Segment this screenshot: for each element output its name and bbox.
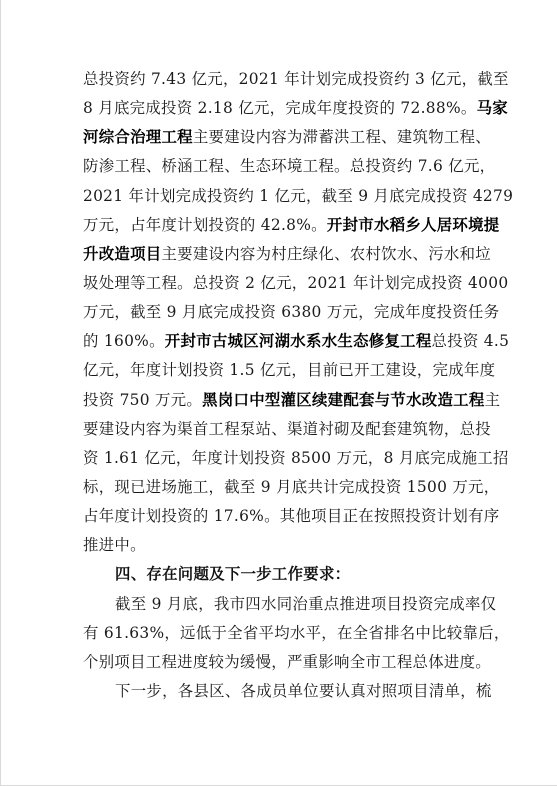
text-run: 总投资 4.5 bbox=[432, 332, 510, 350]
text-run: 要建设内容为渠首工程泵站、渠道衬砌及配套建筑物，总投 bbox=[83, 420, 491, 438]
project-title-shuidao: 开封市水稻乡人居环境提 bbox=[327, 216, 500, 234]
text-line: 占年度计划投资的 17.6%。其他项目正在按照投资计划有序 bbox=[83, 502, 475, 531]
text-line: 个别项目工程进度较为缓慢，严重影响全市工程总体进度。 bbox=[83, 648, 475, 677]
text-run: 下一步，各县区、各成员单位要认真对照项目清单，梳 bbox=[115, 682, 492, 700]
text-run: 总投资约 7.43 亿元，2021 年计划完成投资约 3 亿元，截至 bbox=[83, 70, 509, 88]
text-line: 截至 9 月底，我市四水同治重点推进项目投资完成率仅 bbox=[83, 590, 475, 619]
text-line: 总投资约 7.43 亿元，2021 年计划完成投资约 3 亿元，截至 bbox=[83, 65, 475, 94]
text-run: 主要建设内容为村庄绿化、农村饮水、污水和垃 bbox=[161, 245, 491, 263]
text-run: 投资 750 万元。 bbox=[83, 391, 202, 409]
text-run: 2021 年计划完成投资约 1 亿元，截至 9 月底完成投资 4279 bbox=[83, 187, 513, 205]
text-run: 截至 9 月底，我市四水同治重点推进项目投资完成率仅 bbox=[115, 595, 496, 613]
text-line: 8 月底完成投资 2.18 亿元，完成年度投资的 72.88%。马家 bbox=[83, 94, 475, 123]
text-line: 万元，占年度计划投资的 42.8%。开封市水稻乡人居环境提 bbox=[83, 211, 475, 240]
text-run: 8 月底完成投资 2.18 亿元，完成年度投资的 72.88%。 bbox=[83, 99, 477, 117]
text-line: 的 160%。开封市古城区河湖水系水生态修复工程总投资 4.5 bbox=[83, 327, 475, 356]
text-run: 防渗工程、桥涵工程、生态环境工程。总投资约 7.6 亿元， bbox=[83, 157, 495, 175]
text-run: 占年度计划投资的 17.6%。其他项目正在按照投资计划有序 bbox=[83, 507, 499, 525]
text-line: 有 61.63%，远低于全省平均水平，在全省排名中比较靠后， bbox=[83, 619, 475, 648]
project-title-shuidao-cont: 升改造项目 bbox=[83, 245, 161, 263]
project-title-heigangkou: 黑岗口中型灌区续建配套与节水改造工程 bbox=[202, 391, 484, 409]
text-run: 亿元，年度计划投资 1.5 亿元，目前已开工建设，完成年度 bbox=[83, 361, 495, 379]
text-line: 2021 年计划完成投资约 1 亿元，截至 9 月底完成投资 4279 bbox=[83, 182, 475, 211]
text-line: 河综合治理工程主要建设内容为滞蓄洪工程、建筑物工程、 bbox=[83, 123, 475, 152]
text-run: 主 bbox=[485, 391, 501, 409]
text-line: 万元，截至 9 月底完成投资 6380 万元，完成年度投资任务 bbox=[83, 298, 475, 327]
text-line: 标，现已进场施工，截至 9 月底共计完成投资 1500 万元， bbox=[83, 473, 475, 502]
text-run: 万元，截至 9 月底完成投资 6380 万元，完成年度投资任务 bbox=[83, 303, 499, 321]
text-run: 推进中。 bbox=[83, 536, 146, 554]
section-heading: 四、存在问题及下一步工作要求： bbox=[83, 560, 475, 589]
text-line: 下一步，各县区、各成员单位要认真对照项目清单，梳 bbox=[83, 677, 475, 706]
section-heading-text: 四、存在问题及下一步工作要求： bbox=[115, 565, 350, 583]
project-title-majiahe: 马家 bbox=[477, 99, 508, 117]
document-body: 总投资约 7.43 亿元，2021 年计划完成投资约 3 亿元，截至 8 月底完… bbox=[83, 65, 475, 706]
text-line: 亿元，年度计划投资 1.5 亿元，目前已开工建设，完成年度 bbox=[83, 356, 475, 385]
text-run: 万元，占年度计划投资的 42.8%。 bbox=[83, 216, 327, 234]
text-line: 推进中。 bbox=[83, 531, 475, 560]
text-run: 主要建设内容为滞蓄洪工程、建筑物工程、 bbox=[193, 128, 491, 146]
text-run: 个别项目工程进度较为缓慢，严重影响全市工程总体进度。 bbox=[83, 653, 491, 671]
text-line: 要建设内容为渠首工程泵站、渠道衬砌及配套建筑物，总投 bbox=[83, 415, 475, 444]
text-run: 资 1.61 亿元，年度计划投资 8500 万元，8 月底完成施工招 bbox=[83, 449, 509, 467]
text-run: 有 61.63%，远低于全省平均水平，在全省排名中比较靠后， bbox=[83, 624, 510, 642]
project-title-guchengqu: 开封市古城区河湖水系水生态修复工程 bbox=[165, 332, 432, 350]
text-run: 圾处理等工程。总投资 2 亿元，2021 年计划完成投资 4000 bbox=[83, 274, 508, 292]
document-page: 总投资约 7.43 亿元，2021 年计划完成投资约 3 亿元，截至 8 月底完… bbox=[0, 0, 557, 786]
project-title-majiahe-cont: 河综合治理工程 bbox=[83, 128, 193, 146]
text-line: 资 1.61 亿元，年度计划投资 8500 万元，8 月底完成施工招 bbox=[83, 444, 475, 473]
text-run: 标，现已进场施工，截至 9 月底共计完成投资 1500 万元， bbox=[83, 478, 499, 496]
text-line: 升改造项目主要建设内容为村庄绿化、农村饮水、污水和垃 bbox=[83, 240, 475, 269]
text-run: 的 160%。 bbox=[83, 332, 165, 350]
text-line: 圾处理等工程。总投资 2 亿元，2021 年计划完成投资 4000 bbox=[83, 269, 475, 298]
text-line: 防渗工程、桥涵工程、生态环境工程。总投资约 7.6 亿元， bbox=[83, 152, 475, 181]
text-line: 投资 750 万元。黑岗口中型灌区续建配套与节水改造工程主 bbox=[83, 386, 475, 415]
